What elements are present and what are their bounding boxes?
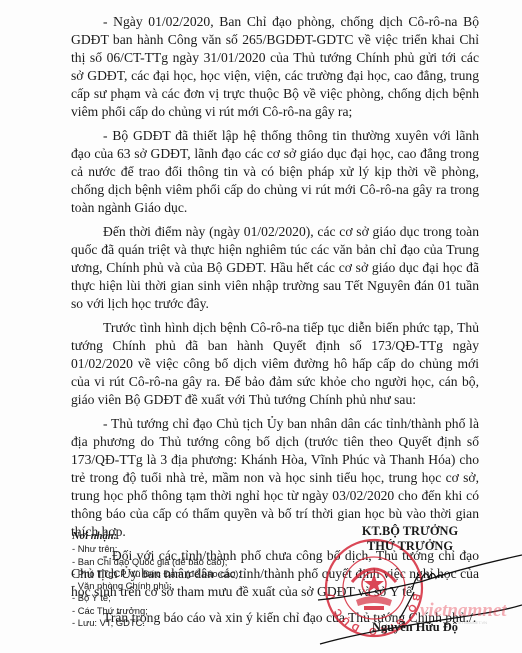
svg-text:VIETNAMNET.VN: VIETNAMNET.VN [455, 620, 487, 625]
signature-title-line1: KT.BỘ TRƯỞNG [330, 524, 490, 539]
signature-title-line2: THỨ TRƯỞNG [330, 539, 490, 554]
document-page: - Ngày 01/02/2020, Ban Chỉ đạo phòng, ch… [0, 0, 522, 653]
svg-text:vietnamnet: vietnamnet [420, 600, 507, 621]
signature-title: KT.BỘ TRƯỞNG THỨ TRƯỞNG [330, 524, 490, 554]
signer-name: Nguyễn Hữu Độ [372, 620, 458, 635]
stamp-signature-layer: BỘ GIÁO DỤC VÀ ĐÀO TẠO vietnamnet VIETNA… [0, 0, 522, 653]
